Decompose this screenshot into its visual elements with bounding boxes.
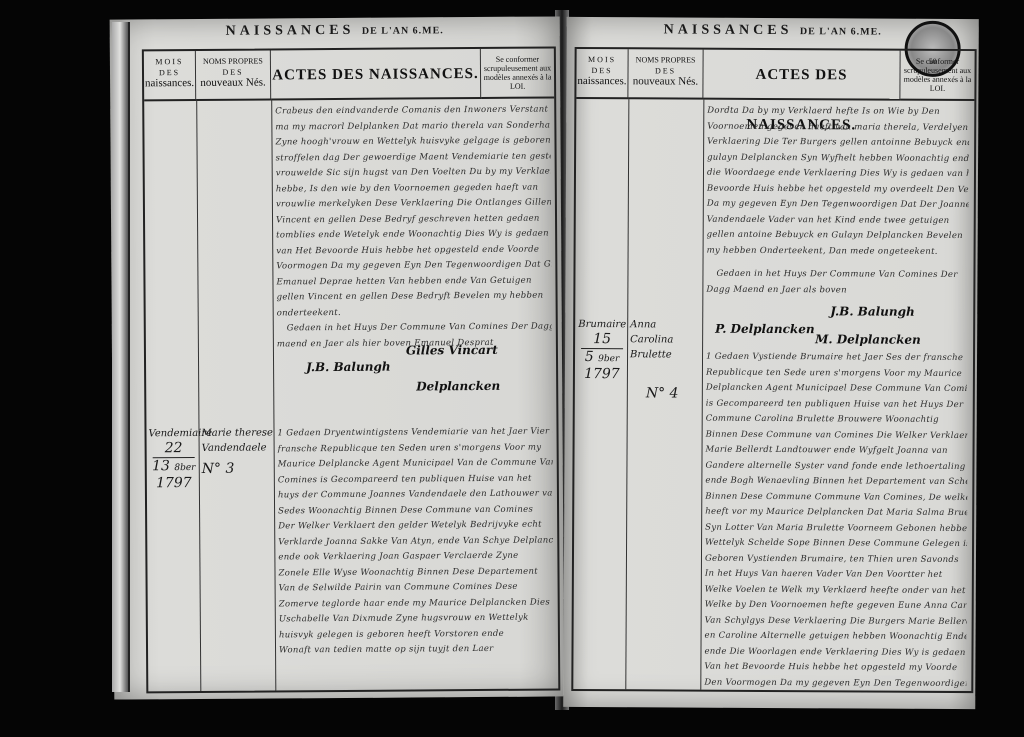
day: 22 xyxy=(149,441,199,456)
entry-bottom-name: Anna Carolina Brulette N° 4 xyxy=(630,317,702,401)
year: 1797 xyxy=(149,476,199,491)
name-line1: Marie therese xyxy=(201,425,273,441)
entry-bottom-name: Marie therese Vandendaele N° 3 xyxy=(201,425,273,477)
header-noms-3: nouveaux Nés. xyxy=(196,76,270,89)
header-note: Se conformer scrupuleusement aux modèles… xyxy=(900,51,974,101)
header-noms-1: NOMS PROPRES xyxy=(629,55,703,64)
gregorian-day: 5 xyxy=(585,349,594,365)
gregorian-month: 8ber xyxy=(174,463,195,473)
entry-top-text: Dordta Da by my Verklaerd hefte Is on Wi… xyxy=(706,104,969,299)
left-page: NAISSANCES DE L'AN 6.ME. MOIS DES naissa… xyxy=(110,16,565,699)
left-register-table: MOIS DES naissances. NOMS PROPRES DES no… xyxy=(142,46,560,693)
entry-number: N° 4 xyxy=(630,386,702,401)
header-mois-2: DES xyxy=(577,66,628,75)
header-noms: NOMS PROPRES DES nouveaux Nés. xyxy=(196,50,271,101)
entry-bottom-date: Vendemiaire 22 13 8ber 1797 xyxy=(148,426,198,491)
entry-top-text: Crabeus den eindvanderde Comanis den Inw… xyxy=(275,103,552,353)
header-noms-2: DES xyxy=(629,66,703,75)
signature-p-delplancken: P. Delplancken xyxy=(715,322,814,337)
title-main: NAISSANCES xyxy=(226,23,355,39)
signature-vincart: Gilles Vincart xyxy=(406,343,498,358)
gregorian-month: 9ber xyxy=(598,354,619,364)
left-page-title: NAISSANCES DE L'AN 6.ME. xyxy=(110,21,560,40)
header-mois-1: MOIS xyxy=(144,57,195,66)
name-line1: Anna Carolina xyxy=(630,317,702,347)
header-actes-label: ACTES DES NAISSANCES. xyxy=(272,66,479,83)
column-mois xyxy=(573,99,629,689)
header-noms: NOMS PROPRES DES nouveaux Nés. xyxy=(628,49,703,99)
right-register-table: MOIS DES naissances. NOMS PROPRES DES no… xyxy=(571,47,976,693)
header-note-text: Se conformer scrupuleusement aux modèles… xyxy=(900,51,974,93)
header-mois-1: MOIS xyxy=(577,55,628,64)
column-mois xyxy=(144,101,201,691)
header-actes: ACTES DES NAISSANCES. xyxy=(271,49,481,100)
header-note: Se conformer scrupuleusement aux modèles… xyxy=(481,48,554,99)
header-mois: MOIS DES naissances. xyxy=(576,49,628,99)
header-mois-2: DES xyxy=(144,68,195,77)
right-page: NAISSANCES DE L'AN 6.ME. 50 MOIS DES nai… xyxy=(563,17,979,709)
signature-delplancken: Delplancken xyxy=(416,379,500,394)
gregorian-day: 13 xyxy=(152,458,170,474)
header-noms-3: nouveaux Nés. xyxy=(628,75,702,87)
left-page-edge xyxy=(112,22,130,692)
entry-number: N° 3 xyxy=(202,461,274,477)
entry-bottom-text: 1 Gedaen Dryentwintigstens Vendemiarie v… xyxy=(277,424,554,658)
signature-balungh: J.B. Balungh xyxy=(830,304,915,318)
header-noms-1: NOMS PROPRES xyxy=(196,56,270,66)
header-actes: ACTES DES NAISSANCES. xyxy=(703,50,900,101)
header-mois-3: naissances. xyxy=(576,75,627,87)
header-note-text: Se conformer scrupuleusement aux modèles… xyxy=(481,48,554,91)
name-line2: Brulette xyxy=(630,347,702,362)
name-line2: Vandendaele xyxy=(202,440,274,456)
entry-bottom-text: 1 Gedaen Vystiende Brumaire het Jaer Ses… xyxy=(704,350,968,692)
year: 1797 xyxy=(577,367,627,382)
signature-m-delplancken: M. Delplancken xyxy=(815,332,921,347)
header-mois: MOIS DES naissances. xyxy=(144,51,196,101)
title-sub: DE L'AN 6.ME. xyxy=(362,25,444,37)
month: Brumaire xyxy=(578,319,626,330)
day: 15 xyxy=(577,332,627,347)
title-main: NAISSANCES xyxy=(664,22,793,38)
signature-balungh: J.B. Balungh xyxy=(306,360,391,375)
column-noms xyxy=(196,100,276,691)
title-sub: DE L'AN 6.ME. xyxy=(800,26,882,37)
entry-bottom-date: Brumaire 15 5 9ber 1797 xyxy=(577,317,627,382)
header-mois-3: naissances. xyxy=(144,77,195,89)
